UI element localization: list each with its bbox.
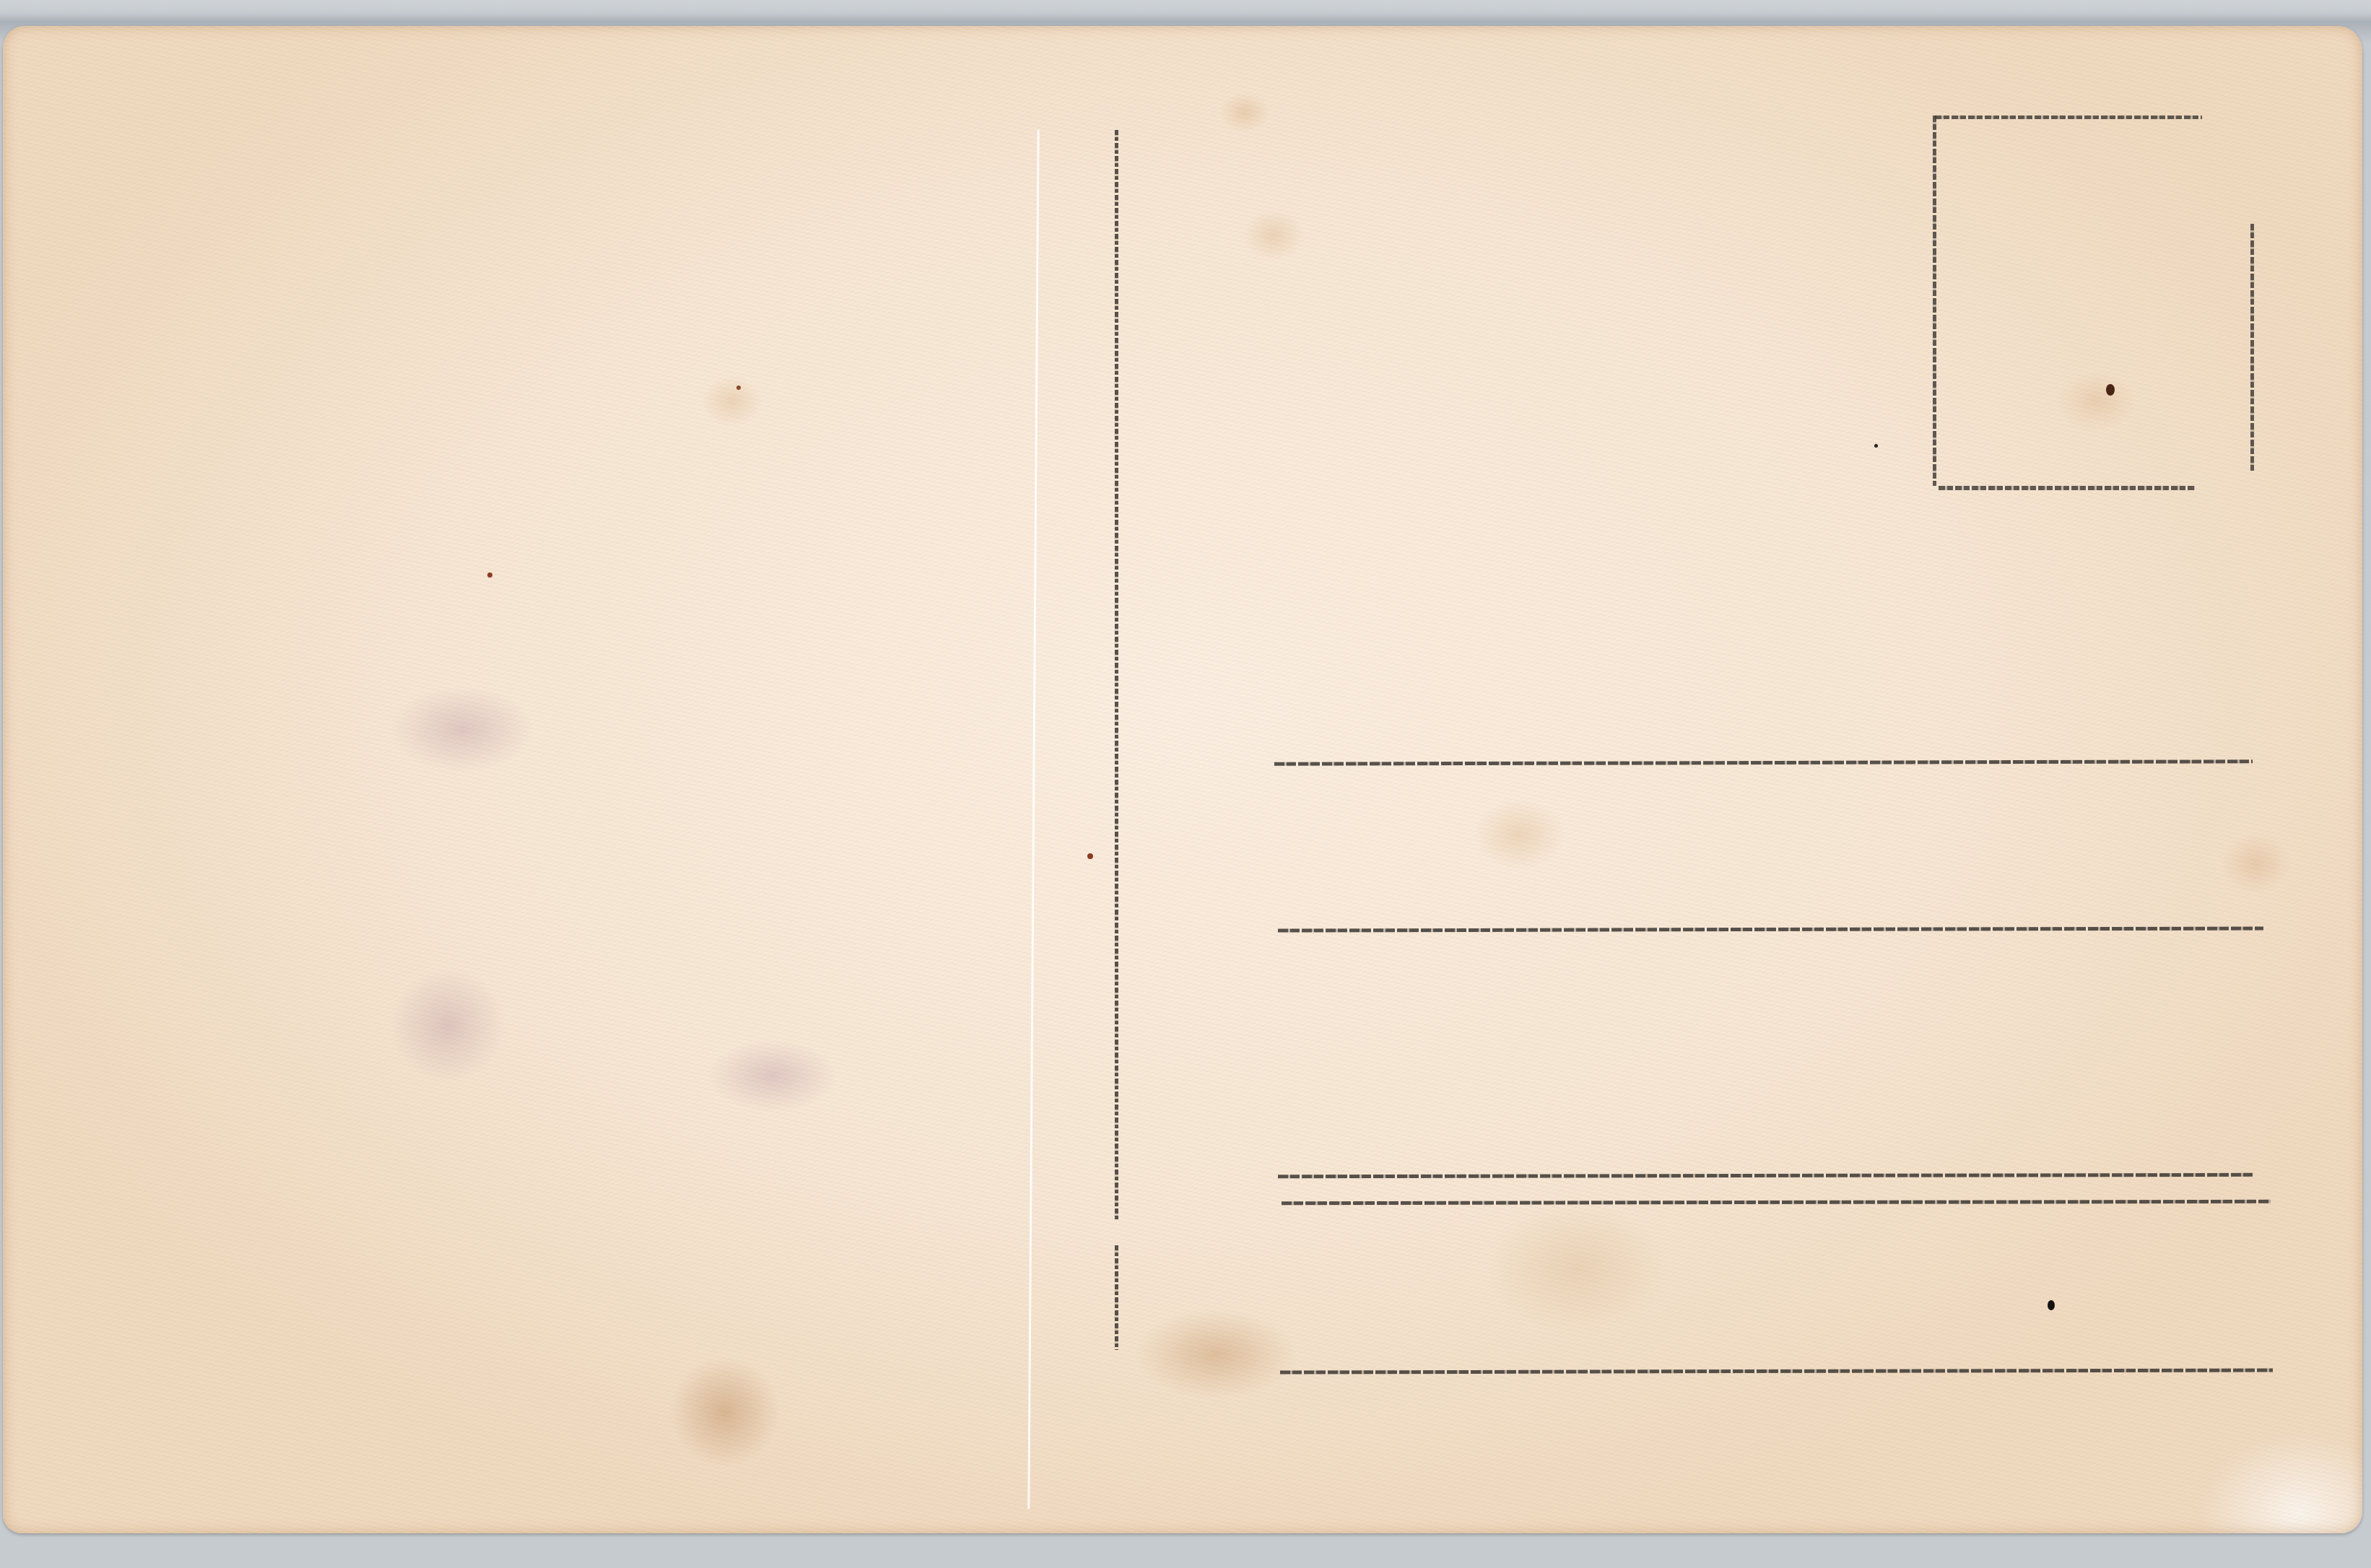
stamp-box-left-edge bbox=[1933, 116, 1936, 486]
center-divider-line-lower bbox=[1115, 1245, 1118, 1350]
center-divider-line bbox=[1115, 130, 1118, 1220]
ink-speck bbox=[2048, 1300, 2055, 1310]
ink-show-through bbox=[390, 967, 505, 1083]
postcard-back bbox=[3, 26, 2362, 1533]
stamp-box-bottom-edge bbox=[1939, 486, 2195, 490]
stamp-box-right-edge bbox=[2250, 224, 2254, 473]
stain-speck bbox=[1087, 853, 1093, 859]
ink-show-through bbox=[390, 686, 534, 772]
ink-show-through bbox=[708, 1040, 838, 1112]
stamp-box-top-edge bbox=[1935, 116, 2202, 119]
ink-speck bbox=[1874, 444, 1878, 448]
stain-speck bbox=[736, 386, 741, 390]
stain-speck bbox=[487, 572, 492, 578]
stain-speck bbox=[2106, 384, 2115, 396]
